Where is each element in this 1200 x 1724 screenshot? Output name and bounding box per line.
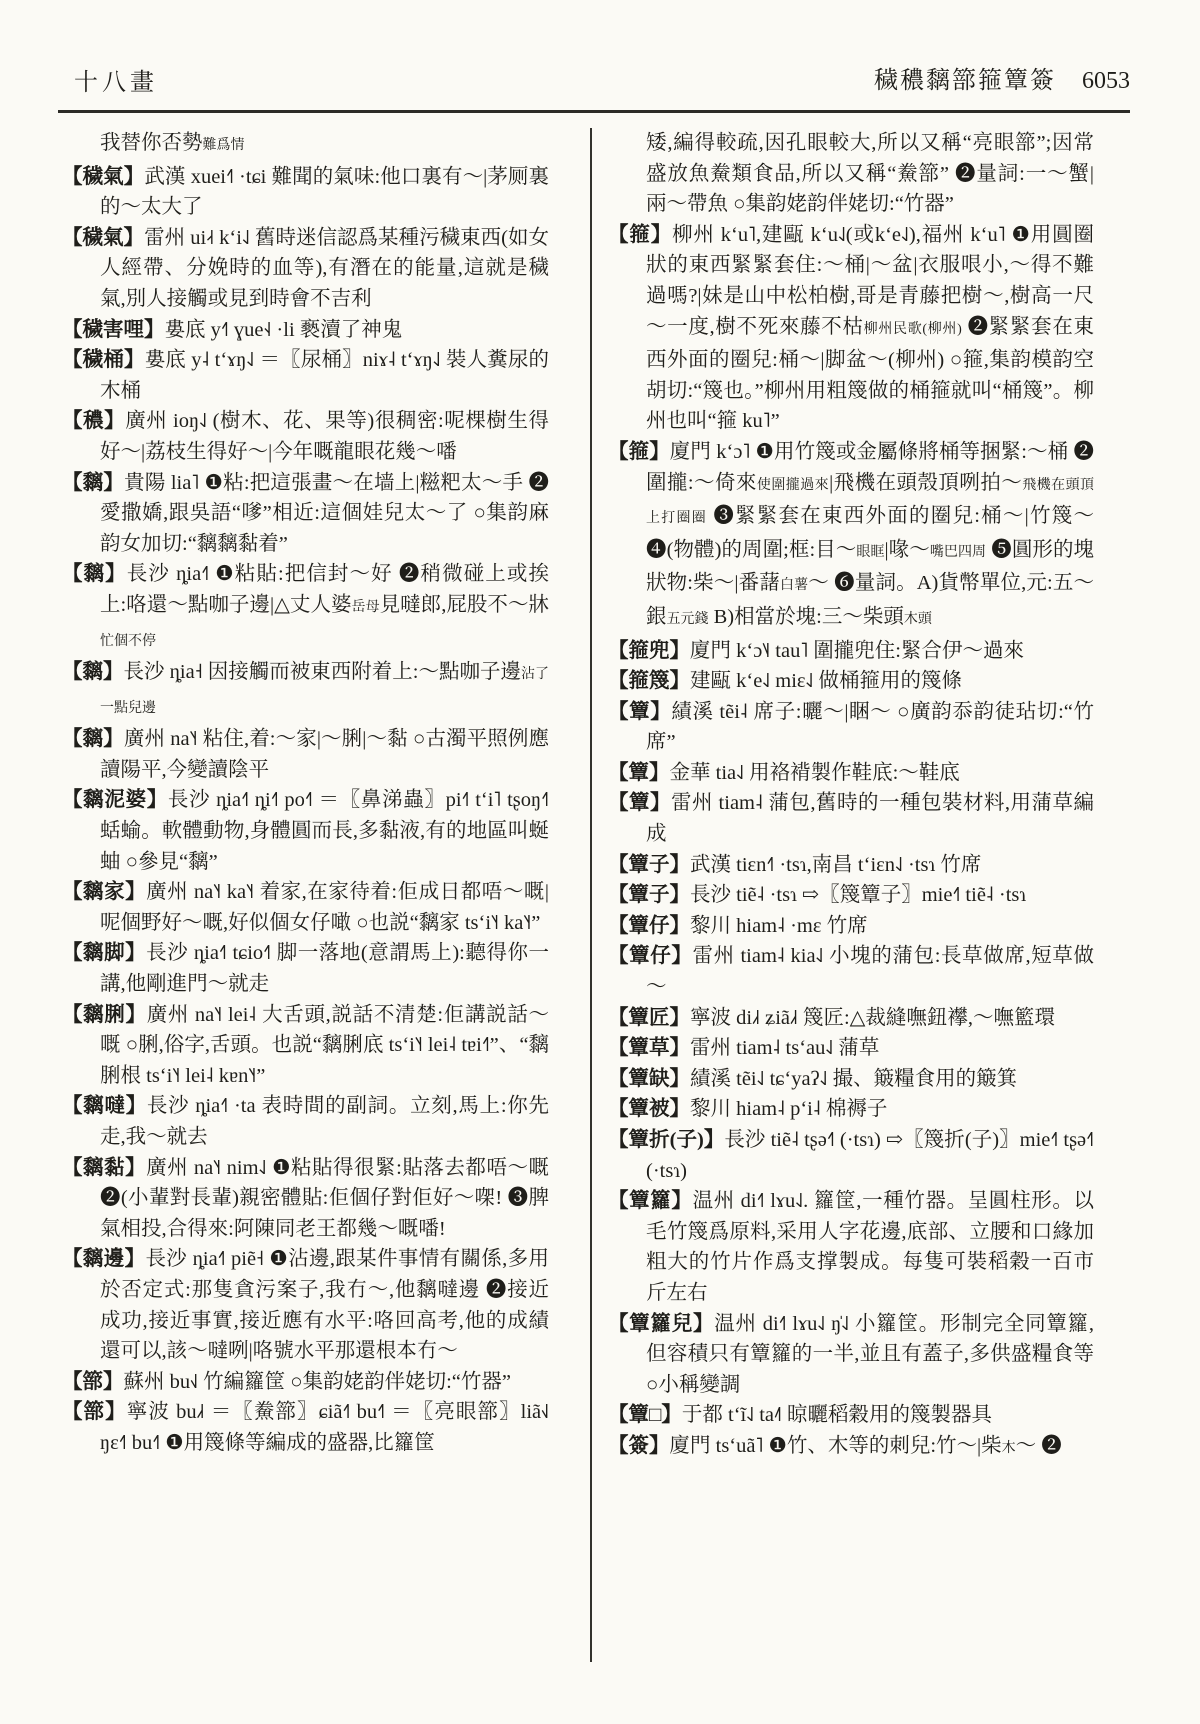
entry-headword: 【黐】	[62, 661, 124, 683]
entry-headword: 【黐噠】	[62, 1095, 147, 1117]
entry-text: 廣州 na˥˧ ka˥˧ 着家,在家待着:佢成日都唔～嘅|呢個野好～嘅,好似個女…	[100, 881, 549, 934]
entry-text: 矮,編得較疏,因孔眼較大,所以又稱“亮眼篰”;因常盛放魚鮝類食品,所以又稱“鮝篰…	[646, 132, 1094, 215]
entry-text: B)相當於塊:三～柴頭	[709, 606, 904, 628]
entry-headword: 【黐】	[62, 563, 127, 585]
entry-headword: 【箍】	[608, 224, 672, 246]
right-column: 矮,編得較疏,因孔眼較大,所以又稱“亮眼篰”;因常盛放魚鮝類食品,所以又稱“鮝篰…	[608, 128, 1094, 1465]
gloss-small-text: 眼眶	[856, 545, 884, 560]
dictionary-entry: 【簟】雷州 tiam˨ 蒲包,舊時的一種包裝材料,用蒲草編成	[608, 788, 1094, 849]
entry-headword: 【簟匠】	[608, 1007, 690, 1029]
dictionary-entry: 【黐脚】長沙 ȵia˧˥ tɕio˧˥ 脚一落地(意謂馬上):聽得你一講,他剛進…	[62, 938, 549, 999]
entry-text: 黎川 hiam˨ pʻi˨ 棉褥子	[690, 1098, 887, 1120]
gloss-small-text: 柳州民歌(柳州)	[864, 322, 962, 337]
entry-headword: 【黐】	[62, 728, 124, 750]
entry-headword: 【簟折(子)】	[608, 1129, 724, 1151]
entry-text: 武漢 tiɛn˧˥ ·tsɿ,南昌 tʻiɛn˨˩ ·tsɿ 竹席	[690, 854, 981, 876]
gloss-small-text: 白薯	[780, 578, 808, 593]
entry-text: 于都 tʻĩ˨˩ ta˨˥ 晾曬稻穀用的篾製器具	[682, 1404, 992, 1426]
entry-headword: 【黐家】	[62, 881, 146, 903]
dictionary-entry: 【簟□】于都 tʻĩ˨˩ ta˨˥ 晾曬稻穀用的篾製器具	[608, 1400, 1094, 1431]
entry-text: 績溪 tẽi˨ 席子:曬～|睏～ ○廣韵忝韵徒玷切:“竹席”	[646, 701, 1094, 754]
entry-text: 婁底 y˧˥ ɣue˧˨ ·li 褻瀆了神鬼	[165, 319, 403, 341]
dictionary-entry: 【箍篾】建甌 kʻe˨˩ miɛ˨˩ 做桶箍用的篾條	[608, 666, 1094, 697]
entry-text: 金華 tia˨˩ 用袼褙製作鞋底:～鞋底	[670, 762, 960, 784]
entry-headword: 【穢氣】	[62, 227, 144, 249]
dictionary-entry: 【簟籮兒】温州 di˧˥ lɤu˨˩ ŋ̍˨˩ 小籮筐。形制完全同簟籮,但容積只…	[608, 1309, 1094, 1401]
dictionary-entry: 【篰】蘇州 bu˧˩ 竹編籮筐 ○集韵姥韵伴姥切:“竹器”	[62, 1367, 549, 1398]
entry-text: 長沙 ȵia˧˥ ȵi˧˥ po˧˥ ＝〖鼻涕蟲〗pi˧˥ tʻi˥ tʂoŋ˧…	[100, 789, 549, 872]
entry-headword: 【簟缺】	[608, 1068, 690, 1090]
entry-text: ～ ❷	[1016, 1435, 1062, 1457]
dictionary-entry: 【穢氣】武漢 xuei˧˥ ·tɕi 難聞的氣味:他口裏有～|茅厕裏的～太大了	[62, 162, 549, 223]
entry-text: 長沙 ȵia˧˥ tɕio˧˥ 脚一落地(意謂馬上):聽得你一講,他剛進門～就走	[100, 942, 549, 995]
entry-text: 蘇州 bu˧˩ 竹編籮筐 ○集韵姥韵伴姥切:“竹器”	[124, 1371, 512, 1393]
entry-text: 雷州 tiam˨ tsʻau˨˩ 蒲草	[690, 1037, 879, 1059]
entry-headword: 【篰】	[62, 1371, 124, 1393]
entry-text: 廣州 na˥˧ 粘住,着:～家|～脷|～黏 ○古濁平照例應讀陽平,今變讀陰平	[100, 728, 549, 781]
page-number: 6053	[1082, 68, 1130, 95]
header-rule	[58, 110, 1130, 113]
dictionary-entry: 【簽】廈門 tsʻuã˥ ❶竹、木等的刺兒:竹～|柴木～ ❷	[608, 1431, 1094, 1465]
dictionary-entry: 【簟子】長沙 tiẽ˨ ·tsɿ ⇨〖篾簟子〗mie˧˥ tiẽ˨ ·tsɿ	[608, 880, 1094, 911]
entry-text: 長沙 ȵia˧ 因接觸而被東西附着上:～點咖子邊	[124, 661, 521, 683]
entry-headword: 【簟被】	[608, 1098, 690, 1120]
dictionary-entry: 【簟草】雷州 tiam˨ tsʻau˨˩ 蒲草	[608, 1033, 1094, 1064]
entry-text: 長沙 ȵia˧˥ ·ta 表時間的副詞。立刻,馬上:你先走,我～就去	[100, 1095, 549, 1148]
gloss-small-text: 忙個不停	[100, 634, 156, 649]
entry-headword: 【簟仔】	[608, 945, 692, 967]
dictionary-entry: 【簟折(子)】長沙 tiẽ˨ tʂə˧˥ (·tsɿ) ⇨〖篾折(子)〗mie˧…	[608, 1125, 1094, 1186]
gloss-small-text: 木頭	[904, 612, 932, 627]
dictionary-entry: 【黐家】廣州 na˥˧ ka˥˧ 着家,在家待着:佢成日都唔～嘅|呢個野好～嘅,…	[62, 877, 549, 938]
entry-text: 長沙 ȵia˧˥ piẽ˧ ❶沾邊,跟某件事情有關係,多用於否定式:那隻貪污案子…	[100, 1248, 549, 1362]
entry-headword: 【黐脷】	[62, 1004, 147, 1026]
dictionary-entry: 【簟仔】雷州 tiam˨ kia˨˩ 小塊的蒲包:長草做席,短草做～	[608, 941, 1094, 1002]
dictionary-entry: 【箍】柳州 kʻu˥,建甌 kʻu˨˩(或kʻe˨˩),福州 kʻu˥ ❶用圓圈…	[608, 220, 1094, 437]
entry-headword: 【簟□】	[608, 1404, 682, 1426]
entry-text: 温州 di˧˥ lɤu˨˩. 籮筐,一種竹器。呈圓柱形。以毛竹篾爲原料,采用人字…	[646, 1190, 1094, 1304]
entry-headword: 【簟籮】	[608, 1190, 693, 1212]
left-column: 我替你否勢難爲情【穢氣】武漢 xuei˧˥ ·tɕi 難聞的氣味:他口裏有～|茅…	[62, 128, 549, 1459]
dictionary-page: { "page": {"background": "#fbfaf5", "ink…	[0, 0, 1200, 1724]
entry-text: 廣州 na˥˧ nim˨˩ ❶粘貼得很緊:貼落去都唔～嘅 ❷(小輩對長輩)親密體…	[100, 1157, 549, 1240]
entry-text: 雷州 tiam˨ kia˨˩ 小塊的蒲包:長草做席,短草做～	[646, 945, 1094, 998]
entry-headword: 【穢氣】	[62, 166, 144, 188]
entry-headword: 【簟】	[608, 762, 670, 784]
entry-text: 廣州 na˥˧ lei˨ 大舌頭,説話不清楚:佢講説話～嘅 ○脷,俗字,舌頭。也…	[100, 1004, 549, 1087]
dictionary-entry: 【簟仔】黎川 hiam˨ ·mɛ 竹席	[608, 911, 1094, 942]
entry-text: 温州 di˧˥ lɤu˨˩ ŋ̍˨˩ 小籮筐。形制完全同簟籮,但容積只有簟籮的一…	[646, 1313, 1094, 1396]
dictionary-entry: 【簟】金華 tia˨˩ 用袼褙製作鞋底:～鞋底	[608, 758, 1094, 789]
entry-text: 武漢 xuei˧˥ ·tɕi 難聞的氣味:他口裏有～|茅厕裏的～太大了	[100, 166, 549, 219]
dictionary-entry: 【黐】長沙 ȵia˧˥ ❶粘貼:把信封～好 ❷稍微碰上或挨上:咯還～點咖子邊|△…	[62, 559, 549, 657]
entry-headword: 【簟籮兒】	[608, 1313, 714, 1335]
entry-text: 黎川 hiam˨ ·mɛ 竹席	[690, 915, 868, 937]
dictionary-entry: 【穢氣】雷州 ui˨˧ kʻi˨˩ 舊時迷信認爲某種污穢東西(如女人經帶、分娩時…	[62, 223, 549, 315]
entry-headword: 【黐邊】	[62, 1248, 145, 1270]
entry-headword: 【黐脚】	[62, 942, 146, 964]
dictionary-entry: 【黐脷】廣州 na˥˧ lei˨ 大舌頭,説話不清楚:佢講説話～嘅 ○脷,俗字,…	[62, 1000, 549, 1092]
entry-text: 建甌 kʻe˨˩ miɛ˨˩ 做桶箍用的篾條	[690, 670, 962, 692]
gloss-small-text: 難爲情	[203, 138, 245, 153]
entry-headword: 【簟子】	[608, 854, 690, 876]
entry-headword: 【箍篾】	[608, 670, 690, 692]
dictionary-entry: 【簟被】黎川 hiam˨ pʻi˨ 棉褥子	[608, 1094, 1094, 1125]
dictionary-entry: 【穢害哩】婁底 y˧˥ ɣue˧˨ ·li 褻瀆了神鬼	[62, 315, 549, 346]
entry-headword: 【黐黏】	[62, 1157, 146, 1179]
entry-headword: 【穢桶】	[62, 349, 145, 371]
entry-text: 我替你否勢	[100, 132, 203, 154]
dictionary-entry: 【簟籮】温州 di˧˥ lɤu˨˩. 籮筐,一種竹器。呈圓柱形。以毛竹篾爲原料,…	[608, 1186, 1094, 1308]
gloss-small-text: 岳母	[352, 600, 380, 615]
dictionary-entry: 【篰】寧波 bu˩˧ ＝〖鮝篰〗ɕiã˧˥ bu˧˥ ＝〖亮眼篰〗liã˧˩ ŋ…	[62, 1397, 549, 1458]
column-divider	[590, 128, 592, 1662]
entry-text: 貴陽 lia˥ ❶粘:把這張畫～在墙上|糍粑太～手 ❷愛撒嬌,跟吳語“嗲”相近:…	[100, 472, 549, 555]
entry-text: 寧波 bu˩˧ ＝〖鮝篰〗ɕiã˧˥ bu˧˥ ＝〖亮眼篰〗liã˧˩ ŋɛ˧˥…	[100, 1401, 549, 1454]
entry-headword: 【黐】	[62, 472, 124, 494]
dictionary-entry: 【穠】廣州 ioŋ˨˩ (樹木、花、果等)很稠密:呢棵樹生得好～|荔枝生得好～|…	[62, 406, 549, 467]
dictionary-entry: 【穢桶】婁底 y˨ tʻɤŋ˨˩ ＝〖尿桶〗niɤ˨ tʻɤŋ˨˩ 裝人糞尿的木…	[62, 345, 549, 406]
dictionary-entry: 【黐】廣州 na˥˧ 粘住,着:～家|～脷|～黏 ○古濁平照例應讀陽平,今變讀陰…	[62, 724, 549, 785]
entry-headword: 【箍兜】	[608, 640, 690, 662]
entry-text: 見噠郎,屁股不～牀	[380, 594, 549, 616]
entry-text: 長沙 tiẽ˨ ·tsɿ ⇨〖篾簟子〗mie˧˥ tiẽ˨ ·tsɿ	[690, 884, 1026, 906]
dictionary-entry: 【黐黏】廣州 na˥˧ nim˨˩ ❶粘貼得很緊:貼落去都唔～嘅 ❷(小輩對長輩…	[62, 1153, 549, 1245]
entry-text: 廈門 tsʻuã˥ ❶竹、木等的刺兒:竹～|柴	[670, 1435, 1002, 1457]
entry-headword: 【穠】	[62, 410, 125, 432]
dictionary-entry: 【箍兜】廈門 kʻɔ˥˨ tau˥ 圍攏兜住:緊合伊～過來	[608, 636, 1094, 667]
entry-text: 婁底 y˨ tʻɤŋ˨˩ ＝〖尿桶〗niɤ˨ tʻɤŋ˨˩ 裝人糞尿的木桶	[100, 349, 549, 402]
dictionary-entry: 【簟缺】績溪 tẽi˨˩ tɕʻyaʔ˨˩ 撮、簸糧食用的簸箕	[608, 1064, 1094, 1095]
entry-text: 廈門 kʻɔ˥˨ tau˥ 圍攏兜住:緊合伊～過來	[690, 640, 1024, 662]
entry-text: 寧波 di˩˧ ʑiã˩˧ 篾匠:△裁縫嘸鈕襻,～嘸籃環	[690, 1007, 1055, 1029]
entry-headword: 【穢害哩】	[62, 319, 165, 341]
entry-headword: 【簟草】	[608, 1037, 690, 1059]
gloss-small-text: 嘴巴四周	[930, 545, 986, 560]
gloss-small-text: 木	[1002, 1441, 1016, 1456]
running-head-characters: 穢穠黐篰箍簟簽	[874, 60, 1056, 95]
entry-text: 雷州 tiam˨ 蒲包,舊時的一種包裝材料,用蒲草編成	[646, 792, 1094, 845]
entry-headword: 【簟子】	[608, 884, 690, 906]
entry-text: |飛機在頭殼頂咧拍～	[829, 472, 1022, 494]
continuation-line: 矮,編得較疏,因孔眼較大,所以又稱“亮眼篰”;因常盛放魚鮝類食品,所以又稱“鮝篰…	[608, 128, 1094, 220]
header-section-label: 十八畫	[74, 62, 158, 97]
dictionary-entry: 【簟匠】寧波 di˩˧ ʑiã˩˧ 篾匠:△裁縫嘸鈕襻,～嘸籃環	[608, 1003, 1094, 1034]
entry-text: |喙～	[885, 539, 930, 561]
entry-headword: 【箍】	[608, 441, 670, 463]
dictionary-entry: 【黐】貴陽 lia˥ ❶粘:把這張畫～在墙上|糍粑太～手 ❷愛撒嬌,跟吳語“嗲”…	[62, 468, 549, 560]
entry-text: 廣州 ioŋ˨˩ (樹木、花、果等)很稠密:呢棵樹生得好～|荔枝生得好～|今年嘅…	[100, 410, 549, 463]
entry-text: 雷州 ui˨˧ kʻi˨˩ 舊時迷信認爲某種污穢東西(如女人經帶、分娩時的血等)…	[100, 227, 549, 310]
gloss-small-text: 五元錢	[667, 612, 709, 627]
dictionary-entry: 【黐邊】長沙 ȵia˧˥ piẽ˧ ❶沾邊,跟某件事情有關係,多用於否定式:那隻…	[62, 1244, 549, 1366]
entry-headword: 【簟】	[608, 701, 671, 723]
dictionary-entry: 【黐泥婆】長沙 ȵia˧˥ ȵi˧˥ po˧˥ ＝〖鼻涕蟲〗pi˧˥ tʻi˥ …	[62, 785, 549, 877]
dictionary-entry: 【簟】績溪 tẽi˨ 席子:曬～|睏～ ○廣韵忝韵徒玷切:“竹席”	[608, 697, 1094, 758]
header-right: 穢穠黐篰箍簟簽 6053	[874, 60, 1130, 95]
gloss-small-text: 使圍攏過來	[757, 478, 829, 493]
dictionary-entry: 【黐】長沙 ȵia˧ 因接觸而被東西附着上:～點咖子邊沾了一點兒邊	[62, 657, 549, 724]
entry-headword: 【簟】	[608, 792, 671, 814]
entry-headword: 【黐泥婆】	[62, 789, 168, 811]
entry-headword: 【篰】	[62, 1401, 127, 1423]
entry-headword: 【簟仔】	[608, 915, 690, 937]
continuation-line: 我替你否勢難爲情	[62, 128, 549, 162]
dictionary-entry: 【箍】廈門 kʻɔ˥ ❶用竹篾或金屬條將桶等捆緊:～桶 ❷圍攏:～倚來使圍攏過來…	[608, 437, 1094, 636]
entry-headword: 【簽】	[608, 1435, 670, 1457]
dictionary-entry: 【簟子】武漢 tiɛn˧˥ ·tsɿ,南昌 tʻiɛn˨˩ ·tsɿ 竹席	[608, 850, 1094, 881]
dictionary-entry: 【黐噠】長沙 ȵia˧˥ ·ta 表時間的副詞。立刻,馬上:你先走,我～就去	[62, 1091, 549, 1152]
entry-text: 績溪 tẽi˨˩ tɕʻyaʔ˨˩ 撮、簸糧食用的簸箕	[690, 1068, 1017, 1090]
